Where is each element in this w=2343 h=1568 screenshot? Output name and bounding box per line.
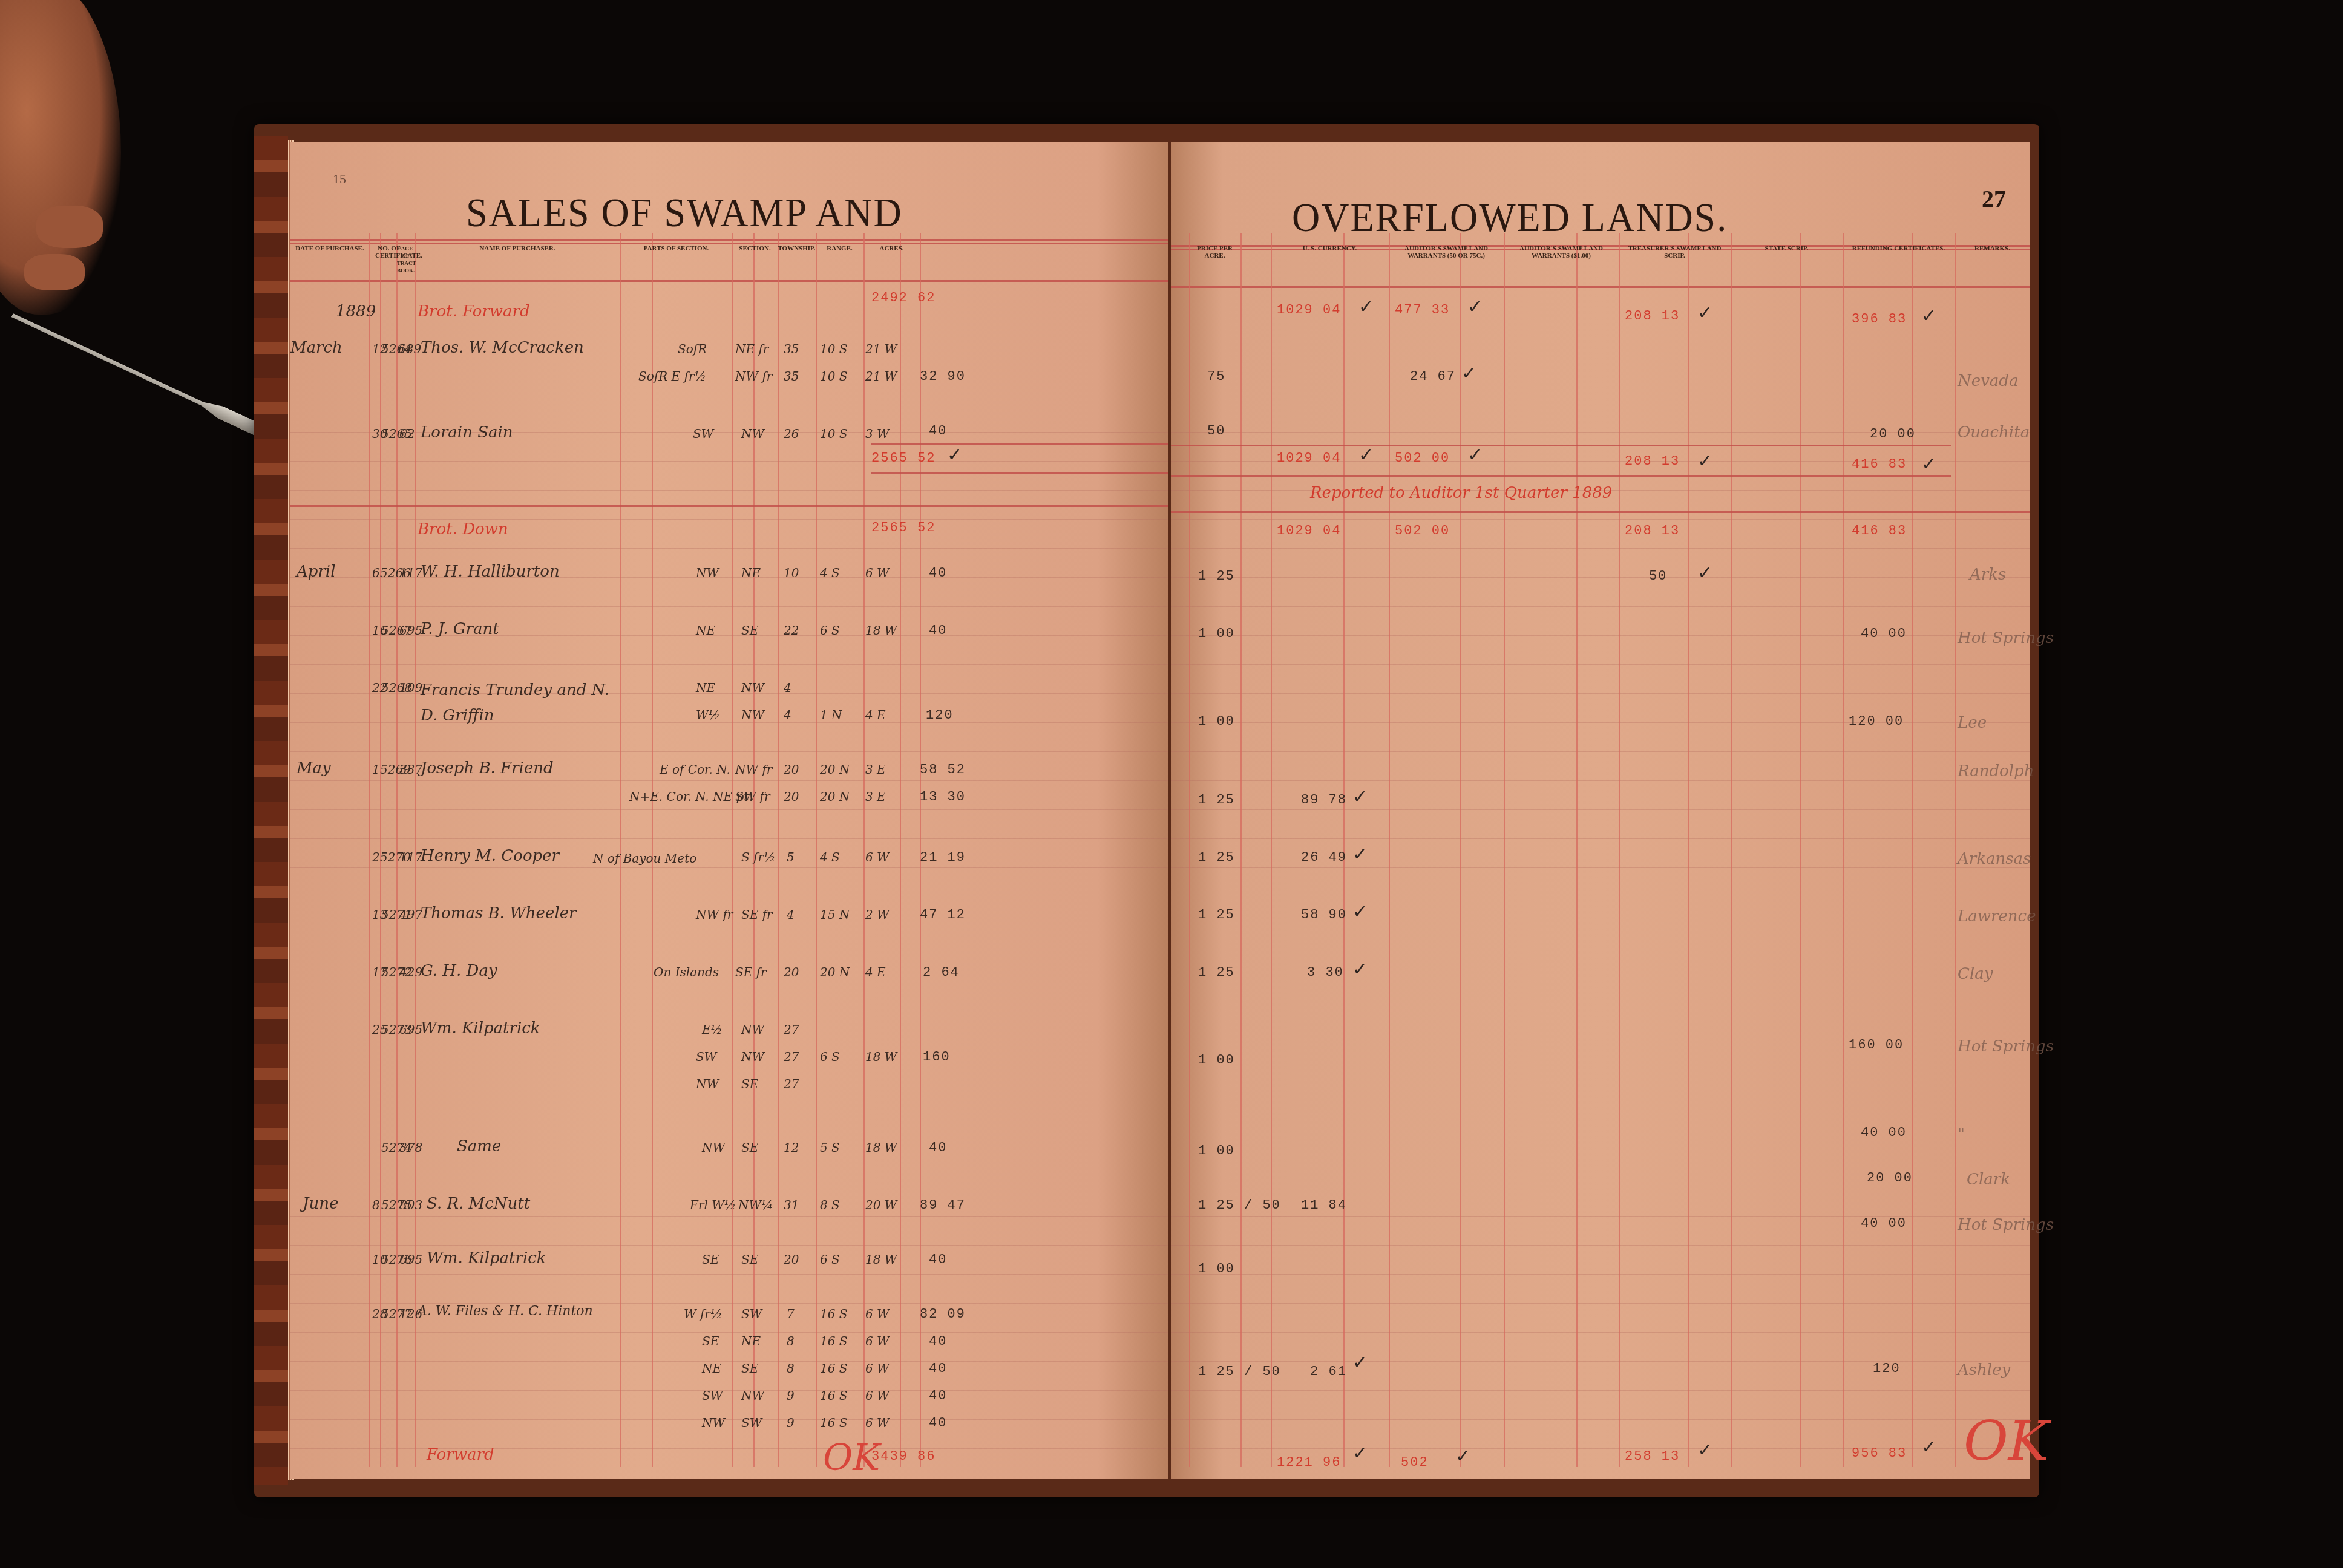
- entry-month: April: [297, 563, 335, 581]
- entry-range: 3 E: [865, 762, 886, 777]
- book-edge-binding: [254, 136, 288, 1485]
- entry-refunding: 20 00: [1867, 1171, 1913, 1186]
- entry-section: 10: [784, 566, 799, 580]
- entry-us-currency: 2 61: [1310, 1364, 1347, 1379]
- column-header: Remarks.: [1955, 245, 2030, 252]
- entry-remarks: Clay: [1958, 965, 1993, 983]
- bf-us-currency: 1029 04: [1277, 302, 1341, 318]
- entry-price: 1 00: [1198, 1261, 1235, 1276]
- entry-purchaser: Wm. Kilpatrick: [427, 1249, 546, 1267]
- entry-range: 3 E: [865, 789, 886, 804]
- right-page: OVERFLOWED LANDS. 27 Price Per Acre. U. …: [1171, 142, 2030, 1479]
- entry-section: 4: [784, 681, 791, 695]
- entry-refunding: 120: [1873, 1361, 1901, 1376]
- entry-refunding: 20 00: [1870, 426, 1916, 442]
- entry-day: 8: [372, 1198, 380, 1212]
- column-rule: [1955, 233, 1956, 1467]
- entry-part: NW: [696, 1077, 719, 1091]
- entry-remarks: Arks: [1970, 566, 2006, 584]
- entry-purchaser: Wm. Kilpatrick: [421, 1019, 540, 1037]
- entry-acres: 40: [929, 1361, 947, 1376]
- entry-month: March: [290, 339, 342, 357]
- entry-township: 8 S: [820, 1198, 840, 1212]
- entry-part: NW: [696, 566, 719, 580]
- entry-acres: 40: [929, 566, 947, 581]
- entry-purchaser: Thos. W. McCracken: [421, 339, 584, 357]
- check-mark-icon: ✓: [1697, 563, 1712, 584]
- entry-part: NW: [702, 1140, 725, 1155]
- entry-part: E of Cor. N.: [660, 762, 730, 777]
- check-mark-icon: ✓: [1467, 296, 1483, 318]
- column-rule: [1460, 233, 1461, 1467]
- entry-part: SE: [702, 1252, 719, 1267]
- column-rule: [1271, 233, 1272, 1467]
- entry-part: SofR E fr½: [638, 369, 706, 384]
- entry-day: 1: [372, 762, 380, 777]
- header-rule: [290, 280, 1168, 282]
- entry-part: NW: [702, 1416, 725, 1430]
- entry-section: 4: [784, 708, 791, 722]
- entry-acres: 160: [923, 1050, 951, 1065]
- entry-purchaser: W. H. Halliburton: [421, 563, 560, 581]
- column-rule: [1504, 233, 1505, 1467]
- entry-part: SE: [702, 1334, 719, 1348]
- entry-remarks: Ashley: [1958, 1361, 2010, 1379]
- check-mark-icon: ✓: [1455, 1446, 1470, 1467]
- entry-acres: 40: [929, 1416, 947, 1431]
- entry-acres: 40: [929, 1140, 947, 1155]
- column-header: Range.: [816, 245, 863, 252]
- brought-down-label: Brot. Down: [418, 520, 508, 538]
- entry-tract-page: 62: [399, 426, 415, 441]
- entry-price: 1 25: [1198, 792, 1235, 808]
- bf-treasurer-scrip: 208 13: [1625, 309, 1680, 324]
- entry-month: May: [297, 759, 331, 777]
- entry-township: 6 S: [820, 1252, 840, 1267]
- header-rule: [290, 239, 1168, 241]
- entry-tract-page: 695: [399, 1022, 422, 1037]
- entry-us-currency: 3 30: [1307, 965, 1344, 980]
- entry-part: SofR: [678, 342, 707, 356]
- entry-township: 16 S: [820, 1361, 848, 1376]
- fwd-treasurer-scrip: 258 13: [1625, 1449, 1680, 1464]
- column-rule: [369, 233, 370, 1467]
- entry-range: 3 W: [865, 426, 890, 441]
- finger: [24, 254, 85, 290]
- entry-acres: 82 09: [920, 1307, 966, 1322]
- column-rule: [863, 233, 865, 1467]
- column-header: Refunding Certificates.: [1843, 245, 1955, 252]
- entry-tract-page: 117: [399, 850, 422, 864]
- check-mark-icon: ✓: [1921, 305, 1936, 327]
- entry-acres: 40: [929, 1334, 947, 1349]
- entry-township: 20 N: [820, 789, 850, 804]
- entry-purchaser: Francis Trundey and N. D. Griffin: [421, 678, 614, 728]
- entry-quarter: SE: [741, 1252, 758, 1267]
- column-header: State Scrip.: [1731, 245, 1843, 252]
- entry-section: 35: [784, 342, 799, 356]
- entry-quarter: SE: [741, 1077, 758, 1091]
- fwd-refunding: 956 83: [1852, 1446, 1907, 1461]
- entry-part: SW: [693, 426, 713, 441]
- entry-range: 18 W: [865, 1140, 897, 1155]
- entry-part: N of Bayou Meto: [593, 851, 696, 866]
- reported-to-auditor-note: Reported to Auditor 1st Quarter 1889: [1310, 484, 1612, 502]
- brought-down-acres: 2565 52: [871, 520, 936, 535]
- check-mark-icon: ✓: [1352, 786, 1368, 808]
- check-mark-icon: ✓: [1352, 1352, 1368, 1373]
- ok-mark: OK: [1964, 1410, 2049, 1473]
- column-rule: [620, 233, 621, 1467]
- entry-section: 12: [784, 1140, 799, 1155]
- bd-refunding: 416 83: [1852, 523, 1907, 538]
- entry-section: 7: [787, 1307, 795, 1321]
- page-title-right: OVERFLOWED LANDS.: [1292, 194, 1728, 241]
- entry-range: 21 W: [865, 342, 897, 356]
- entry-refunding: 160 00: [1849, 1037, 1904, 1053]
- entry-remarks: ": [1958, 1125, 1965, 1143]
- check-mark-icon: ✓: [1352, 959, 1368, 980]
- entry-price: 1 00: [1198, 714, 1235, 729]
- entry-remarks: Lawrence: [1958, 907, 2036, 926]
- check-mark-icon: ✓: [1461, 363, 1476, 384]
- entry-remarks: Hot Springs: [1958, 1037, 2054, 1056]
- entry-township: 6 S: [820, 623, 840, 638]
- entry-section: 26: [784, 426, 799, 441]
- entry-township: 1 N: [820, 708, 842, 722]
- entry-tract-page: 109: [399, 681, 422, 695]
- ledger-book: 15 SALES OF SWAMP AND Date of Purchase. …: [254, 124, 2039, 1497]
- entry-part: On Islands: [654, 965, 719, 979]
- entry-tract-page: 497: [399, 907, 422, 922]
- forward-label: Forward: [427, 1446, 494, 1464]
- entry-treasurer-scrip: 50: [1649, 569, 1667, 584]
- entry-price: 1 25 / 50: [1198, 1364, 1281, 1379]
- entry-acres: 120: [926, 708, 954, 723]
- entry-tract-page: 689: [398, 342, 421, 356]
- entry-remarks: Arkansas: [1958, 850, 2031, 868]
- entry-section: 9: [787, 1416, 795, 1430]
- fwd-auditor-warrants: 502: [1401, 1455, 1429, 1470]
- entry-quarter: NW: [741, 426, 764, 441]
- check-mark-icon: ✓: [1467, 445, 1483, 466]
- entry-range: 20 W: [865, 1198, 897, 1212]
- entry-part: Frl W½: [690, 1198, 736, 1212]
- subtotal-rule: [871, 443, 1168, 445]
- entry-section: 27: [784, 1050, 799, 1064]
- total-rule: [1171, 475, 1951, 477]
- entry-tract-page: 378: [399, 1140, 422, 1155]
- entry-quarter: NW: [741, 708, 764, 722]
- entry-section: 35: [784, 369, 799, 384]
- entry-township: 16 S: [820, 1307, 848, 1321]
- column-rule: [1619, 233, 1620, 1467]
- entry-quarter: S fr½: [741, 850, 775, 864]
- entry-us-currency: 58 90: [1301, 907, 1347, 923]
- entry-quarter: SE: [741, 623, 758, 638]
- entry-quarter: NW fr: [735, 369, 772, 384]
- entry-purchaser: Joseph B. Friend: [421, 759, 554, 777]
- column-rule: [732, 233, 733, 1467]
- check-mark-icon: ✓: [1921, 1437, 1936, 1458]
- column-rule: [1688, 233, 1689, 1467]
- entry-section: 27: [784, 1022, 799, 1037]
- entry-purchaser: Same: [457, 1137, 501, 1155]
- entry-quarter: SE fr: [735, 965, 767, 979]
- section-divider: [290, 505, 1168, 507]
- entry-us-currency: 26 49: [1301, 850, 1347, 865]
- entry-price: 1 25: [1198, 907, 1235, 923]
- q-total-us-currency: 1029 04: [1277, 451, 1341, 466]
- entry-township: 6 S: [820, 1050, 840, 1064]
- entry-price: 75: [1207, 369, 1225, 384]
- entry-township: 10 S: [820, 426, 848, 441]
- entry-township: 20 N: [820, 762, 850, 777]
- entry-range: 6 W: [865, 1388, 890, 1403]
- entry-township: 10 S: [820, 342, 848, 356]
- entry-part: W½: [696, 708, 720, 722]
- entry-range: 18 W: [865, 1050, 897, 1064]
- total-rule: [871, 472, 1168, 474]
- entry-remarks: Randolph: [1958, 762, 2034, 780]
- entry-tract-page: 695: [399, 623, 422, 638]
- entry-day: 6: [372, 566, 380, 580]
- entry-acres: 58 52: [920, 762, 966, 777]
- entry-acres: 40: [929, 623, 947, 638]
- column-header: Treasurer's Swamp Land Scrip.: [1619, 245, 1731, 260]
- entry-remarks: Hot Springs: [1958, 629, 2054, 647]
- column-header: Section.: [732, 245, 778, 252]
- quarter-total-acres: 2565 52: [871, 451, 936, 466]
- entry-remarks: Ouachita: [1958, 423, 2030, 442]
- entry-acres: 89 47: [920, 1198, 966, 1213]
- column-header: Page of Tract Book.: [397, 245, 414, 274]
- check-mark-icon: ✓: [1921, 454, 1936, 475]
- bd-us-currency: 1029 04: [1277, 523, 1341, 538]
- year: 1889: [336, 302, 376, 321]
- entry-refunding: 40 00: [1861, 1216, 1907, 1231]
- column-header: Parts of Section.: [620, 245, 732, 252]
- entry-part: NE: [696, 623, 715, 638]
- check-mark-icon: ✓: [1697, 451, 1712, 472]
- entry-purchaser: Lorain Sain: [421, 423, 513, 442]
- entry-range: 6 W: [865, 566, 890, 580]
- entry-quarter: NW: [741, 681, 764, 695]
- check-mark-icon: ✓: [1697, 1440, 1712, 1461]
- column-header: Price Per Acre.: [1189, 245, 1240, 260]
- bd-auditor-warrants: 502 00: [1395, 523, 1450, 538]
- column-header: U. S. Currency.: [1271, 245, 1389, 252]
- finger: [36, 206, 103, 248]
- entry-price: 1 25: [1198, 569, 1235, 584]
- q-total-refunding: 416 83: [1852, 457, 1907, 472]
- column-rule: [1912, 233, 1913, 1467]
- entry-quarter: SW: [741, 1307, 762, 1321]
- brought-forward-label: Brot. Forward: [418, 302, 530, 321]
- column-rule: [1189, 233, 1190, 1467]
- entry-us-currency: 89 78: [1301, 792, 1347, 808]
- q-total-auditor-warrants: 502 00: [1395, 451, 1450, 466]
- section-divider: [1171, 511, 2030, 513]
- entry-acres: 32 90: [920, 369, 966, 384]
- column-rule: [1731, 233, 1732, 1467]
- entry-refunding: 40 00: [1861, 1125, 1907, 1140]
- entry-purchaser: P. J. Grant: [421, 620, 499, 638]
- entry-township: 5 S: [820, 1140, 840, 1155]
- entry-acres: 2 64: [923, 965, 960, 980]
- entry-acres: 40: [929, 1388, 947, 1403]
- q-total-treasurer-scrip: 208 13: [1625, 454, 1680, 469]
- entry-part: SW: [696, 1050, 716, 1064]
- entry-range: 21 W: [865, 369, 897, 384]
- entry-acres: 47 12: [920, 907, 966, 923]
- entry-township: 16 S: [820, 1416, 848, 1430]
- entry-range: 6 W: [865, 1334, 890, 1348]
- check-mark-icon: ✓: [1358, 445, 1374, 466]
- entry-section: 27: [784, 1077, 799, 1091]
- entry-price: 1 25: [1198, 850, 1235, 865]
- entry-tract-page: 429: [399, 965, 422, 979]
- entry-part: NE: [702, 1361, 721, 1376]
- entry-part: E½: [702, 1022, 723, 1037]
- ruled-lines: [290, 287, 1168, 1467]
- entry-section: 20: [784, 789, 799, 804]
- column-rule: [1576, 233, 1578, 1467]
- bf-auditor-warrants: 477 33: [1395, 302, 1450, 318]
- entry-tract-page: 117: [399, 566, 422, 580]
- entry-tract-page: 803: [399, 1198, 422, 1212]
- left-page: 15 SALES OF SWAMP AND Date of Purchase. …: [290, 142, 1168, 1479]
- entry-township: 15 N: [820, 907, 850, 922]
- column-rule: [1843, 233, 1844, 1467]
- entry-quarter: NE: [741, 1334, 761, 1348]
- entry-quarter: NE: [741, 566, 761, 580]
- corner-mark: 15: [333, 171, 346, 187]
- entry-month: June: [303, 1195, 338, 1213]
- header-rule: [290, 243, 1168, 244]
- entry-section: 22: [784, 623, 799, 638]
- entry-range: 4 E: [865, 965, 886, 979]
- column-header: Auditor's Swamp Land Warrants (50 or 75c…: [1389, 245, 1504, 260]
- fwd-us-currency: 1221 96: [1277, 1455, 1341, 1470]
- entry-price: 50: [1207, 423, 1225, 439]
- entry-price: 1 00: [1198, 626, 1235, 641]
- entry-price: 1 00: [1198, 1053, 1235, 1068]
- entry-section: 31: [784, 1198, 799, 1212]
- column-rule: [1389, 233, 1390, 1467]
- entry-quarter: SE fr: [741, 907, 773, 922]
- entry-part: NW fr: [696, 907, 733, 922]
- entry-township: 16 S: [820, 1334, 848, 1348]
- entry-township: 16 S: [820, 1388, 848, 1403]
- entry-purchaser: G. H. Day: [421, 962, 497, 980]
- bd-treasurer-scrip: 208 13: [1625, 523, 1680, 538]
- entry-township: 4 S: [820, 850, 840, 864]
- check-mark-icon: ✓: [1358, 296, 1374, 318]
- entry-section: 5: [787, 850, 795, 864]
- check-mark-icon: ✓: [1352, 844, 1368, 865]
- column-rule: [1240, 233, 1242, 1467]
- entry-quarter: NW¼: [738, 1198, 773, 1212]
- subtotal-rule: [1171, 445, 1951, 446]
- entry-refunding: 40 00: [1861, 626, 1907, 641]
- entry-remarks: Lee: [1958, 714, 1987, 732]
- entry-section: 20: [784, 1252, 799, 1267]
- entry-section: 9: [787, 1388, 795, 1403]
- entry-township: 10 S: [820, 369, 848, 384]
- entry-quarter: NE fr: [735, 342, 768, 356]
- entry-acres: 40: [929, 1252, 947, 1267]
- entry-purchaser: Thomas B. Wheeler: [421, 904, 577, 923]
- entry-quarter: SE: [741, 1361, 758, 1376]
- column-header: Acres.: [863, 245, 920, 252]
- column-header: Auditor's Swamp Land Warrants ($1.00): [1504, 245, 1619, 260]
- entry-part: SW: [702, 1388, 723, 1403]
- entry-remarks: Hot Springs: [1958, 1216, 2054, 1234]
- entry-part: W fr½: [684, 1307, 722, 1321]
- check-mark-icon: ✓: [1697, 302, 1712, 324]
- entry-us-currency: 11 84: [1301, 1198, 1347, 1213]
- entry-range: 2 W: [865, 907, 890, 922]
- entry-township: 4 S: [820, 566, 840, 580]
- entry-purchaser: S. R. McNutt: [427, 1195, 530, 1213]
- entry-acres: 13 30: [920, 789, 966, 805]
- entry-quarter: NW fr: [735, 762, 772, 777]
- entry-range: 18 W: [865, 1252, 897, 1267]
- entry-day: 2: [372, 850, 380, 864]
- entry-tract-page: 337: [399, 762, 422, 777]
- entry-acres: 21 19: [920, 850, 966, 865]
- entry-price: 1 25: [1198, 965, 1235, 980]
- entry-range: 4 E: [865, 708, 886, 722]
- entry-auditor-warrants: 24 67: [1410, 369, 1456, 384]
- entry-township: 20 N: [820, 965, 850, 979]
- entry-price: 1 25 / 50: [1198, 1198, 1281, 1213]
- column-rule: [652, 233, 653, 1467]
- entry-section: 8: [787, 1334, 795, 1348]
- entry-section: 4: [787, 907, 795, 922]
- entry-purchaser: A. W. Files & H. C. Hinton: [418, 1304, 593, 1319]
- entry-price: 1 00: [1198, 1143, 1235, 1158]
- entry-refunding: 120 00: [1849, 714, 1904, 729]
- entry-quarter: SW fr: [735, 789, 770, 804]
- page-title-left: SALES OF SWAMP AND: [466, 189, 903, 237]
- entry-quarter: NW: [741, 1388, 764, 1403]
- bf-refunding: 396 83: [1852, 312, 1907, 327]
- entry-quarter: NW: [741, 1022, 764, 1037]
- entry-purchaser: Henry M. Cooper: [421, 847, 559, 865]
- entry-range: 6 W: [865, 1307, 890, 1321]
- entry-section: 8: [787, 1361, 795, 1376]
- entry-range: 18 W: [865, 623, 897, 638]
- page-number: 27: [1982, 185, 2006, 213]
- column-header: Date of Purchase.: [290, 245, 369, 252]
- forward-total-acres: 3439 86: [871, 1449, 936, 1464]
- check-mark-icon: ✓: [1352, 901, 1368, 923]
- entry-range: 6 W: [865, 1416, 890, 1430]
- column-rule: [778, 233, 779, 1467]
- entry-remarks: Nevada: [1958, 372, 2018, 390]
- entry-section: 20: [784, 762, 799, 777]
- column-header: Township.: [778, 245, 816, 252]
- entry-part: N+E. Cor. N. NE pt.: [629, 789, 753, 804]
- entry-quarter: NW: [741, 1050, 764, 1064]
- column-rule: [900, 233, 901, 1467]
- entry-section: 20: [784, 965, 799, 979]
- check-mark-icon: ✓: [947, 445, 962, 466]
- column-rule: [816, 233, 817, 1467]
- entry-tract-page: 695: [399, 1252, 422, 1267]
